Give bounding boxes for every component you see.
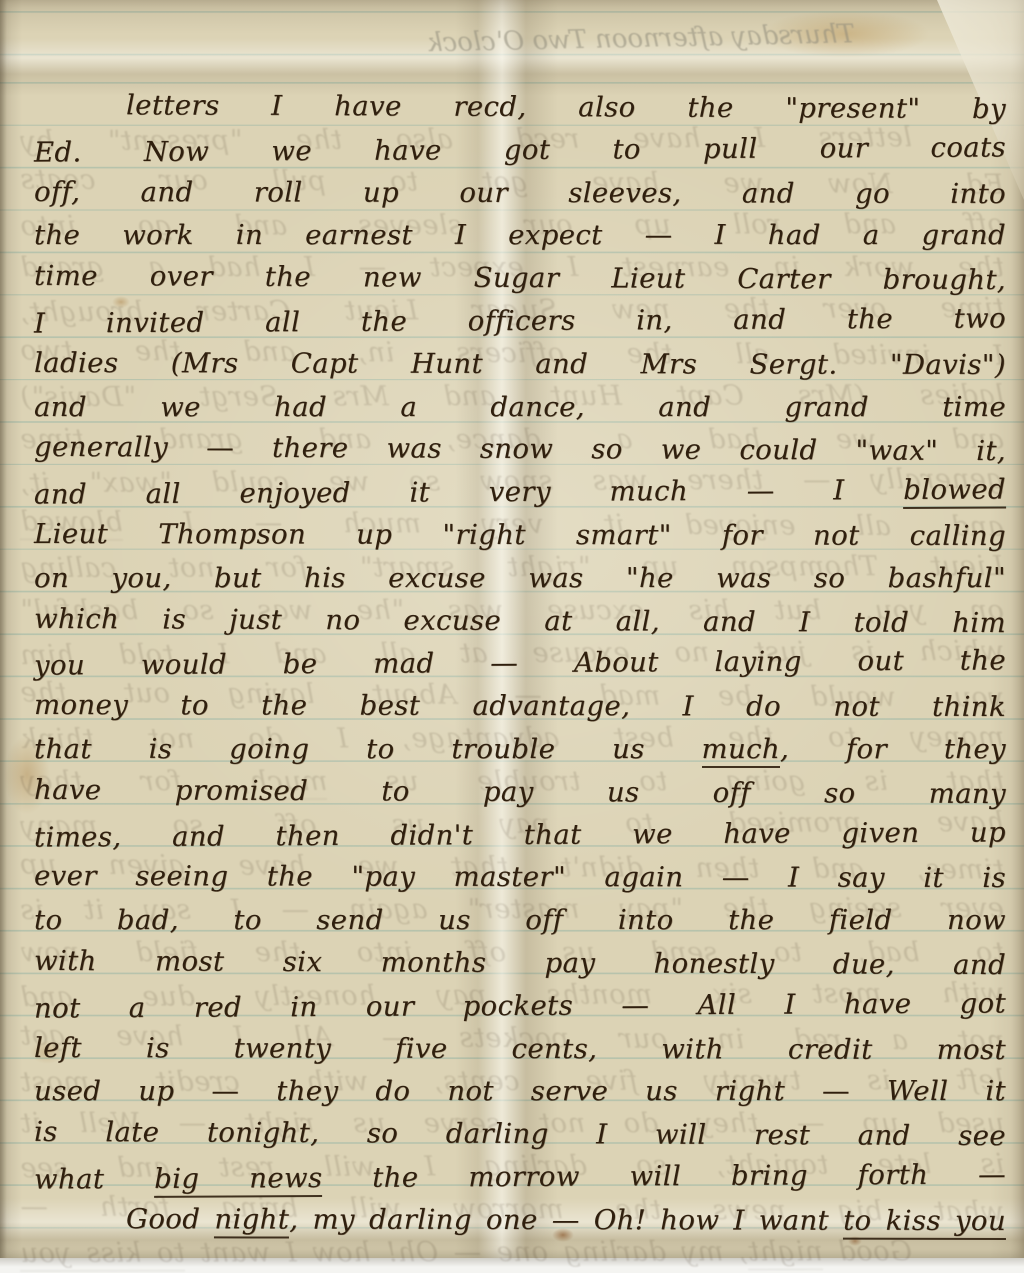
letter-lines: letters I have recd, also the "present" … — [34, 86, 1006, 1242]
letter-line: what big news the morrow will bring fort… — [34, 1153, 1006, 1201]
letter-line: letters I have recd, also the "present" … — [34, 84, 1006, 131]
underlined-phrase: much — [702, 733, 781, 768]
letter-line: on you, but his excuse was "he was so ba… — [34, 557, 1006, 600]
letter-line: and all enjoyed it very much — I blowed — [34, 469, 1006, 517]
letter-line: generally — there was snow so we could "… — [34, 426, 1006, 473]
letter-line: Ed. Now we have got to pull our coats — [34, 126, 1006, 174]
letter-line: times, and then didn't that we have give… — [34, 811, 1006, 859]
underlined-phrase: big news — [154, 1162, 322, 1198]
letter-line: off, and roll up our sleeves, and go int… — [34, 171, 1006, 216]
underlined-phrase: to kiss you — [20, 1236, 185, 1271]
letter-line: used up — they do not serve us right — W… — [34, 1070, 1006, 1113]
letter-line: with most six months pay honestly due, a… — [34, 940, 1006, 987]
letter-line: ladies (Mrs Capt Hunt and Mrs Sergt. "Da… — [34, 342, 1006, 387]
letter-line: to bad, to send us off into the field no… — [34, 899, 1006, 942]
letter-line: is late tonight, so darling I will rest … — [34, 1111, 1006, 1158]
underlined-phrase: to kiss you — [843, 1204, 1006, 1239]
letter-line: not a red in our pockets — All I have go… — [34, 982, 1006, 1030]
letter-line: and we had a dance, and grand time — [34, 386, 1006, 429]
letter-line: the work in earnest I expect — I had a g… — [34, 214, 1006, 257]
letter-line: have promised to pay us off so many — [34, 769, 1006, 816]
letter-line: Good night, my darling one — Oh! how I w… — [34, 1198, 1006, 1243]
scanned-letter-page: Thursday afternoon Two O'clock letters I… — [0, 0, 1024, 1273]
letter-line: ever seeing the "pay master" again — I s… — [34, 855, 1006, 900]
letter-line: I invited all the officers in, and the t… — [34, 297, 1006, 345]
letter-line: which is just no excuse at all, and I to… — [34, 597, 1006, 644]
underlined-phrase: blowed — [903, 474, 1006, 510]
underlined-phrase: night — [214, 1203, 289, 1238]
letter-line: time over the new Sugar Lieut Carter bro… — [34, 255, 1006, 302]
letter-line: left is twenty five cents, with credit m… — [34, 1027, 1006, 1072]
letter-line: you would be mad — About laying out the — [34, 640, 1006, 688]
letter-line: Lieut Thompson up "right smart" for not … — [34, 513, 1006, 558]
letter-line: money to the best advantage, I do not th… — [34, 684, 1006, 729]
letter-line: that is going to trouble us much, for th… — [34, 728, 1006, 771]
